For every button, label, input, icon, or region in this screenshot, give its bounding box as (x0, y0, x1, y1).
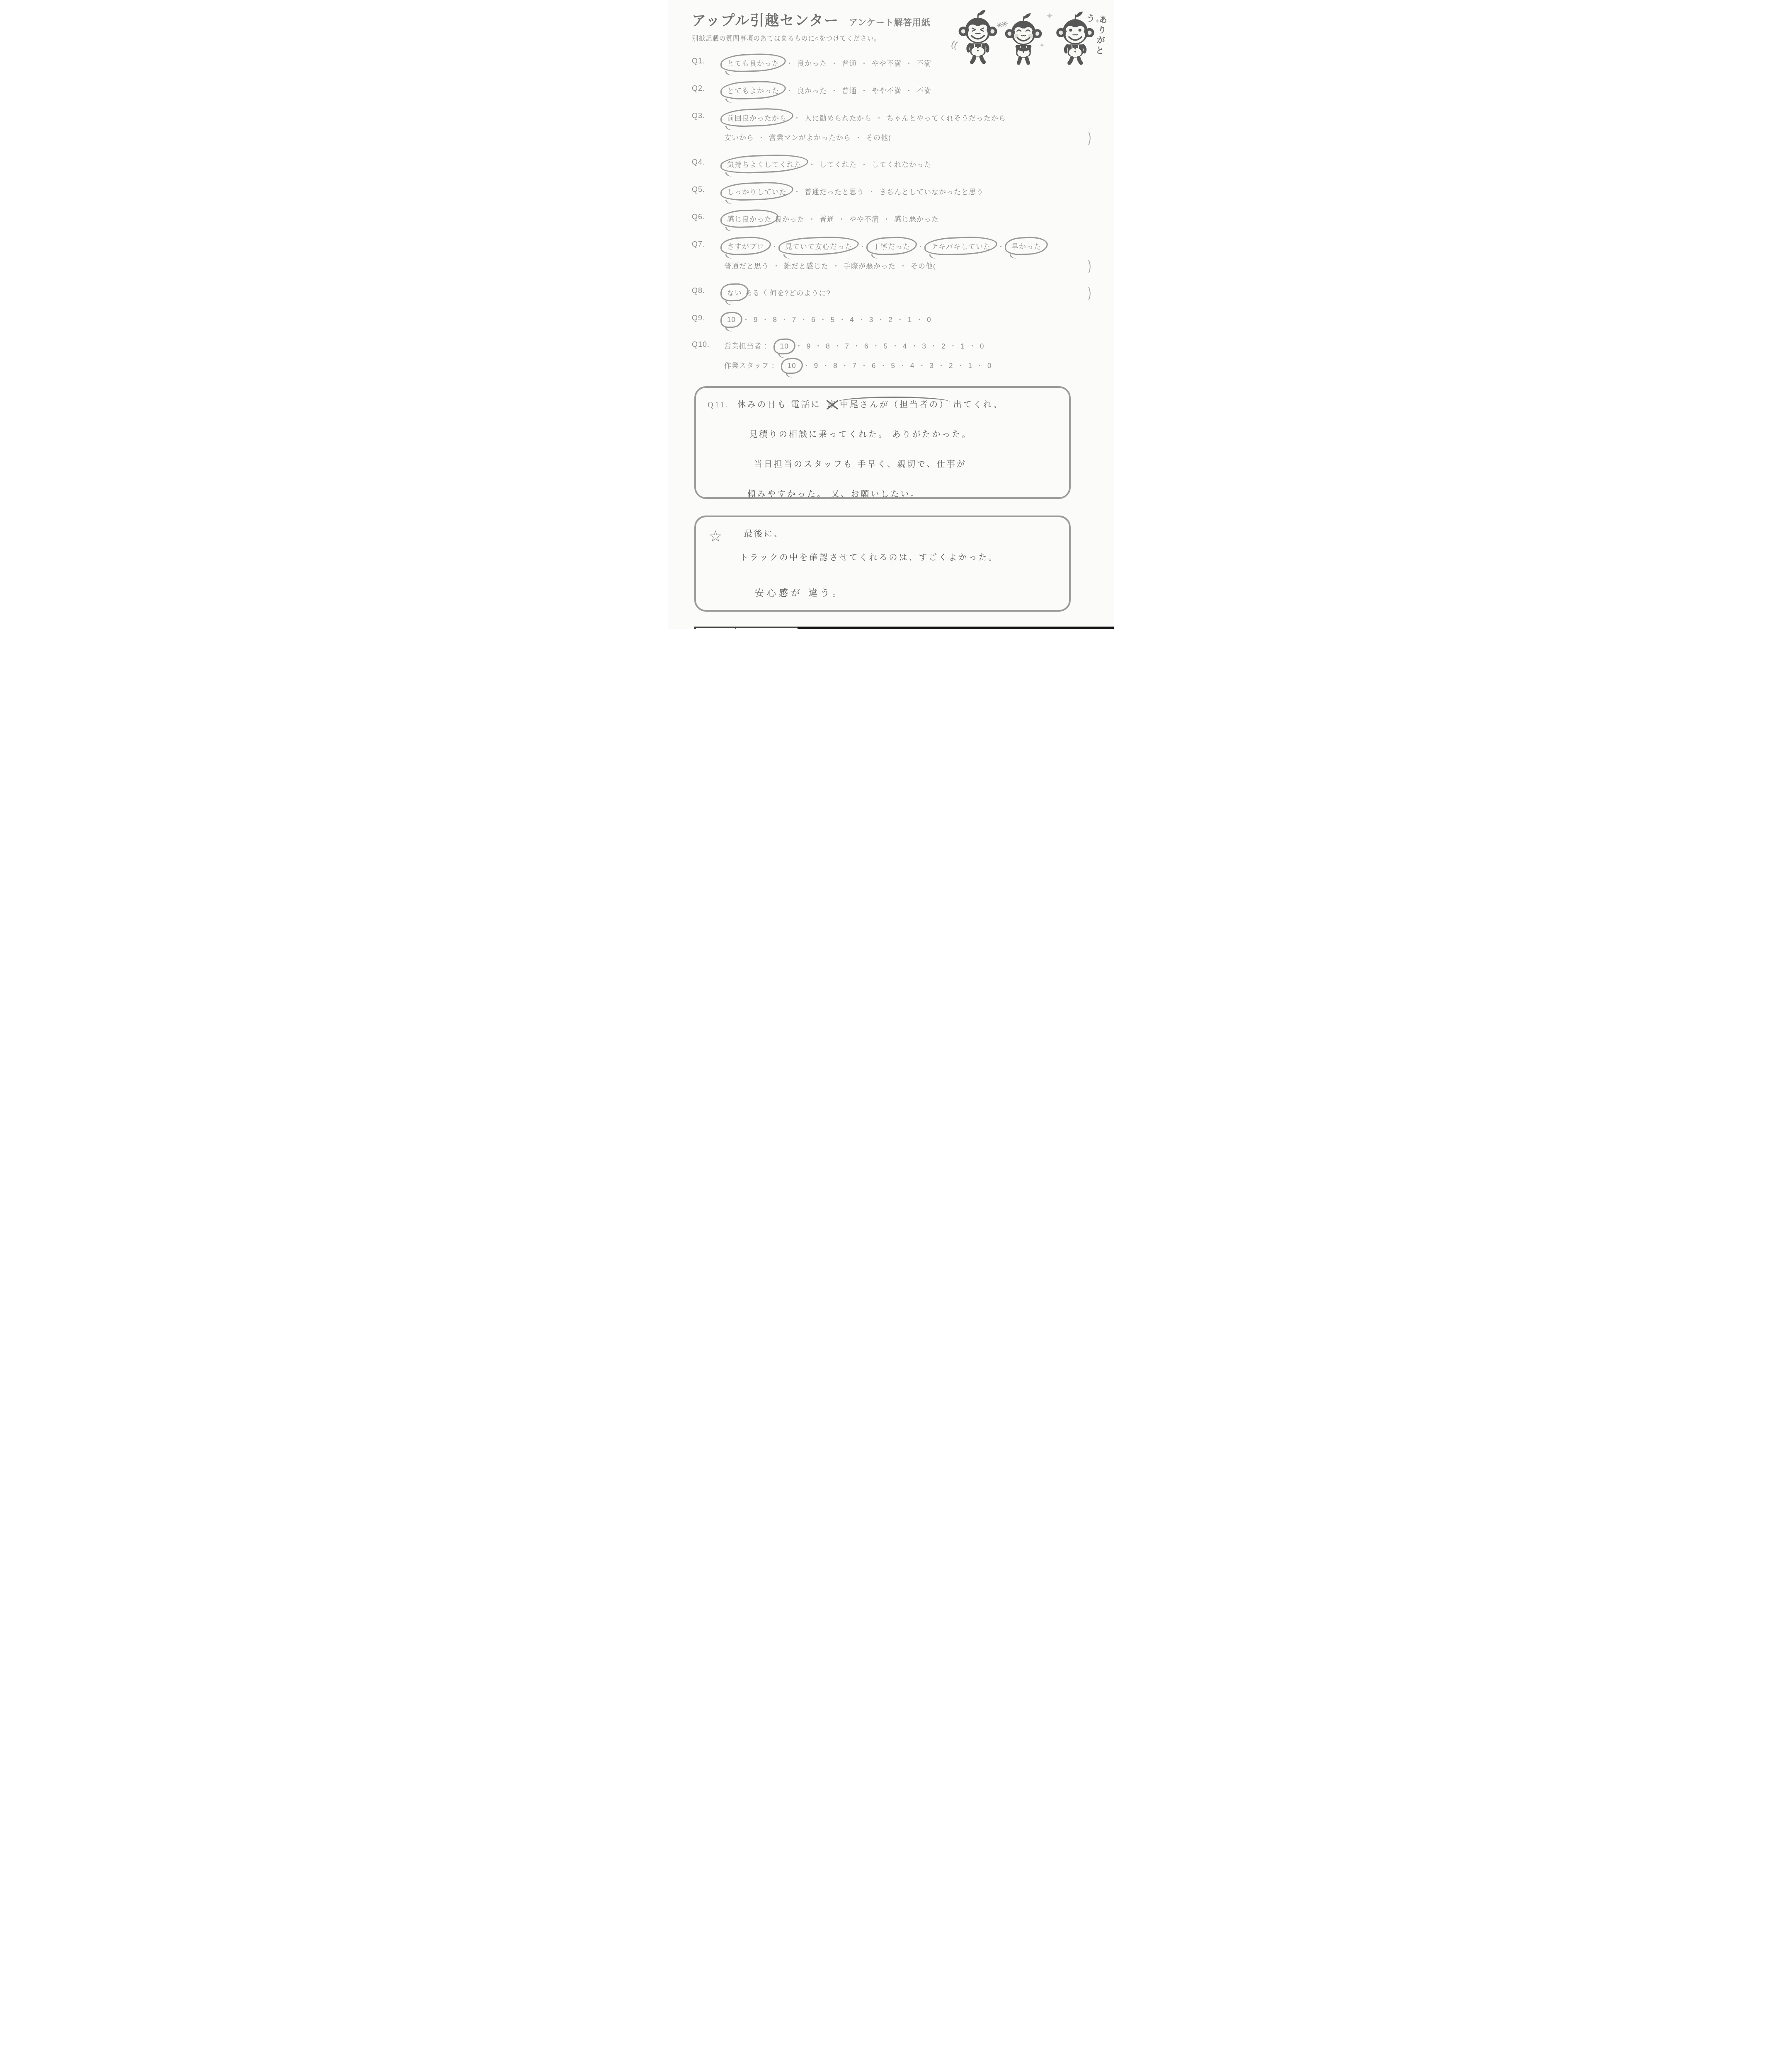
separator-dot: ・ (918, 360, 926, 370)
question-Q8: Q8.ないある（ 何を?どのように?) (692, 286, 1114, 298)
option-circled: 10 (724, 315, 739, 325)
separator-dot: ・ (875, 112, 883, 123)
form-name: アンケート解答用紙 (849, 16, 931, 28)
separator-dot: ・ (916, 314, 923, 324)
separator-dot: ・ (758, 132, 765, 142)
option-label: してくれなかった (872, 159, 931, 169)
option-circled: とても良かった (724, 57, 782, 69)
move-date-label: 引越日 (695, 627, 736, 629)
separator-dot: ・ (815, 340, 822, 351)
option-circled: さすがプロ (724, 240, 767, 252)
separator-dot: ・ (883, 213, 890, 224)
question-label: Q9. (692, 314, 724, 325)
q11-label: Q11. (708, 401, 737, 410)
option-label: その他( (911, 260, 936, 271)
option-label: やや不満 (872, 85, 902, 95)
scribbled-out-text: 取 (827, 400, 837, 409)
separator-dot: ・ (930, 340, 938, 351)
separator-dot: ・ (861, 58, 868, 68)
option-label: やや不満 (849, 213, 879, 224)
separator-dot: ・ (800, 314, 807, 324)
separator-dot: ・ (949, 340, 957, 351)
separator-dot: ・ (803, 360, 810, 370)
option-label: 良かった (797, 58, 827, 68)
separator-dot: ・ (808, 213, 816, 224)
separator-dot: ・ (834, 340, 841, 351)
option-label: ちゃんとやってくれそうだったから (887, 112, 1006, 123)
separator-dot: ・ (976, 360, 984, 370)
separator-dot: ・ (859, 241, 866, 251)
question-rows: 営業担当者 ：10・9・8・7・6・5・4・3・2・1・0作業スタッフ ：10・… (724, 340, 1097, 371)
question-rows: 10・9・8・7・6・5・4・3・2・1・0 (724, 314, 1097, 325)
option-group-prefix: 作業スタッフ ： (724, 360, 779, 370)
option-label: 6 (811, 316, 815, 324)
separator-dot: ・ (773, 260, 780, 271)
star-lines: 最後に、 トラックの中を確認させてくれるのは、すごくよかった。 安心感が 違う。 (744, 527, 1059, 599)
separator-dot: ・ (861, 360, 868, 370)
option-circled: 気持ちよくしてくれた (724, 158, 805, 170)
option-label: 普通だと思う (724, 260, 769, 271)
option-label: 雑だと感じた (784, 260, 829, 271)
option-label: 不満 (916, 58, 931, 68)
option-label: 6 (864, 342, 868, 351)
question-row: さすがプロ・見ていて安心だった・丁寧だった・テキパキしていた・早かった (724, 240, 1097, 252)
question-row: 普通だと思う・雑だと感じた・手際が悪かった・その他() (724, 260, 1097, 271)
question-label: Q1. (692, 57, 724, 69)
option-label: 2 (941, 342, 946, 351)
q11-line-1: Q11. 休みの日も 電話に 取中尾さんが（担当者の） 出てくれ、 (708, 398, 1059, 410)
q11-handwriting: 休みの日も 電話に 取中尾さんが（担当者の） 出てくれ、 (737, 398, 1004, 410)
mascot-monkeys: (( ✳✳ ✦ ✦ ✦ (958, 3, 1103, 65)
question-row: 気持ちよくしてくれた・してくれた・してくれなかった (724, 158, 1097, 170)
option-label: 6 (872, 362, 876, 370)
option-label: 0 (927, 316, 931, 324)
survey-sheet: アップル引越センター アンケート解答用紙 別紙記載の質問事項のあてはまるものに○… (668, 0, 1114, 629)
q11-line-3: 当日担当のスタッフも 手早く、親切で、仕事が (708, 457, 1059, 470)
option-label: 2 (949, 362, 953, 370)
question-Q6: Q6.感じ良かった良かった・普通・やや不満・感じ悪かった (692, 213, 1114, 225)
question-label: Q8. (692, 286, 724, 298)
question-rows: しっかりしていた・普通だったと思う・きちんとしていなかったと思う (724, 185, 1097, 197)
separator-dot: ・ (858, 314, 866, 324)
separator-dot: ・ (832, 260, 840, 271)
option-label: やや不満 (872, 58, 902, 68)
option-circled: 10 (777, 341, 792, 351)
option-label: 5 (831, 316, 835, 324)
star-comment-box: ☆ 最後に、 トラックの中を確認させてくれるのは、すごくよかった。 安心感が 違… (694, 516, 1071, 612)
scan-edge-artifact (798, 627, 1114, 629)
option-label: 普通 (842, 85, 857, 95)
separator-dot: ・ (838, 213, 846, 224)
closing-paren: ) (1088, 130, 1097, 146)
option-label: 人に勧められたから (805, 112, 872, 123)
closing-paren: ) (1088, 258, 1097, 274)
question-label: Q5. (692, 185, 724, 197)
option-label: 4 (850, 316, 854, 324)
option-label: 4 (910, 362, 914, 370)
option-circled: しっかりしていた (724, 185, 790, 197)
question-Q5: Q5.しっかりしていた・普通だったと思う・きちんとしていなかったと思う (692, 185, 1114, 197)
option-label: 0 (980, 342, 984, 351)
option-label: 1 (960, 342, 965, 351)
star-line-1: 最後に、 (744, 527, 1059, 539)
option-circled: 見ていて安心だった (782, 240, 855, 252)
monkey-mascot-icon (958, 9, 998, 64)
option-label: 普通 (819, 213, 834, 224)
separator-dot: ・ (831, 58, 838, 68)
question-rows: とてもよかった・良かった・普通・やや不満・不満 (724, 84, 1097, 96)
option-label: 3 (929, 362, 933, 370)
separator-dot: ・ (892, 340, 899, 351)
star-icon: ☆ (708, 527, 722, 546)
option-circled: 丁寧だった (870, 240, 913, 252)
question-Q7: Q7.さすがプロ・見ていて安心だった・丁寧だった・テキパキしていた・早かった普通… (692, 240, 1114, 271)
q11-line-4: 頼みやすかった。 又、お願いしたい。 (708, 487, 1059, 499)
option-label: 8 (833, 362, 837, 370)
option-label: 7 (792, 316, 796, 324)
separator-dot: ・ (793, 186, 801, 196)
question-Q2: Q2.とてもよかった・良かった・普通・やや不満・不満 (692, 84, 1114, 96)
separator-dot: ・ (742, 314, 750, 324)
separator-dot: ・ (771, 241, 778, 251)
option-label: 7 (845, 342, 849, 351)
q11-emphasized-text: 中尾さんが（担当者の） (840, 400, 949, 409)
option-circled: とてもよかった (724, 84, 782, 96)
separator-dot: ・ (997, 241, 1005, 251)
option-label: してくれた (819, 159, 857, 169)
separator-dot: ・ (873, 340, 880, 351)
separator-dot: ・ (786, 85, 793, 95)
separator-dot: ・ (855, 132, 862, 142)
separator-dot: ・ (761, 314, 769, 324)
question-label: Q3. (692, 111, 724, 143)
company-title: アップル引越センター (692, 9, 839, 29)
option-label: 感じ悪かった (894, 213, 939, 224)
question-row: 前回良かったから・人に勧められたから・ちゃんとやってくれそうだったから (724, 111, 1097, 123)
separator-dot: ・ (839, 314, 846, 324)
question-Q3: Q3.前回良かったから・人に勧められたから・ちゃんとやってくれそうだったから安い… (692, 111, 1114, 143)
separator-dot: ・ (795, 340, 803, 351)
option-label: 3 (869, 316, 873, 324)
option-label: 4 (903, 342, 907, 351)
option-label: 9 (814, 362, 818, 370)
separator-dot: ・ (877, 314, 885, 324)
option-circled: 前回良かったから (724, 111, 790, 123)
option-label: 7 (853, 362, 857, 370)
separator-dot: ・ (786, 58, 793, 68)
question-row: 感じ良かった良かった・普通・やや不満・感じ悪かった (724, 213, 1097, 225)
question-label: Q6. (692, 213, 724, 225)
option-label: 安いから (724, 132, 754, 142)
monkey-mascot-icon (1004, 12, 1043, 65)
separator-dot: ・ (822, 360, 829, 370)
separator-dot: ・ (868, 186, 875, 196)
separator-dot: ・ (899, 260, 907, 271)
q11-comment-box: Q11. 休みの日も 電話に 取中尾さんが（担当者の） 出てくれ、 見積りの相談… (694, 386, 1071, 499)
questions: Q1.とても良かった・良かった・普通・やや不満・不満Q2.とてもよかった・良かっ… (668, 43, 1114, 371)
separator-dot: ・ (841, 360, 849, 370)
option-label: 1 (908, 316, 912, 324)
question-Q10: Q10.営業担当者 ：10・9・8・7・6・5・4・3・2・1・0作業スタッフ … (692, 340, 1114, 371)
star-line-2: トラックの中を確認させてくれるのは、すごくよかった。 (740, 551, 1059, 563)
separator-dot: ・ (917, 241, 924, 251)
option-label: その他( (866, 132, 891, 142)
question-row: とてもよかった・良かった・普通・やや不満・不満 (724, 84, 1097, 96)
question-label: Q2. (692, 84, 724, 96)
option-label: 手際が悪かった (844, 260, 896, 271)
question-label: Q4. (692, 158, 724, 170)
option-label: 9 (754, 316, 758, 324)
option-circled: 10 (785, 361, 799, 371)
option-label: 5 (891, 362, 895, 370)
option-circled: テキパキしていた (928, 240, 994, 252)
option-label: 良かった (797, 85, 827, 95)
option-label: 2 (888, 316, 892, 324)
separator-dot: ・ (969, 340, 976, 351)
option-label: 3 (922, 342, 926, 351)
separator-dot: ・ (880, 360, 887, 370)
question-label: Q10. (692, 340, 724, 371)
question-row: しっかりしていた・普通だったと思う・きちんとしていなかったと思う (724, 185, 1097, 197)
question-rows: ないある（ 何を?どのように?) (724, 286, 1097, 298)
separator-dot: ・ (957, 360, 964, 370)
separator-dot: ・ (899, 360, 907, 370)
question-row: 10・9・8・7・6・5・4・3・2・1・0 (724, 314, 1097, 325)
q11-line-2: 見積りの相談に乗ってくれた。 ありがたかった。 (708, 428, 1059, 440)
question-row: 安いから・営業マンがよかったから・その他() (724, 132, 1097, 143)
separator-dot: ・ (911, 340, 918, 351)
separator-dot: ・ (861, 159, 868, 169)
question-rows: 前回良かったから・人に勧められたから・ちゃんとやってくれそうだったから安いから・… (724, 111, 1097, 143)
question-row: 営業担当者 ：10・9・8・7・6・5・4・3・2・1・0 (724, 340, 1097, 351)
option-label: 普通 (842, 58, 857, 68)
separator-dot: ・ (861, 85, 868, 95)
option-label: きちんとしていなかったと思う (879, 186, 984, 196)
question-rows: 気持ちよくしてくれた・してくれた・してくれなかった (724, 158, 1097, 170)
separator-dot: ・ (819, 314, 827, 324)
option-circled: 感じ良かった (724, 213, 775, 225)
option-label: 9 (807, 342, 811, 351)
option-label: 不満 (916, 85, 931, 95)
option-label: 1 (968, 362, 972, 370)
question-rows: さすがプロ・見ていて安心だった・丁寧だった・テキパキしていた・早かった普通だと思… (724, 240, 1097, 271)
option-label: 0 (987, 362, 992, 370)
separator-dot: ・ (831, 85, 838, 95)
question-row: ないある（ 何を?どのように?) (724, 286, 1097, 298)
separator-dot: ・ (808, 159, 816, 169)
option-label: 8 (773, 316, 777, 324)
option-label: 普通だったと思う (805, 186, 864, 196)
option-label: ある（ 何を?どのように? (745, 287, 831, 298)
question-label: Q7. (692, 240, 724, 271)
option-label: 5 (884, 342, 888, 351)
closing-paren: ) (1088, 285, 1097, 301)
separator-dot: ・ (905, 58, 913, 68)
option-label: 営業マンがよかったから (769, 132, 851, 142)
separator-dot: ・ (897, 314, 904, 324)
option-label: 8 (826, 342, 830, 351)
question-row: 作業スタッフ ：10・9・8・7・6・5・4・3・2・1・0 (724, 360, 1097, 371)
option-circled: ない (724, 286, 745, 298)
option-group-prefix: 営業担当者 ： (724, 340, 771, 351)
star-line-3: 安心感が 違う。 (755, 586, 1059, 599)
question-Q4: Q4.気持ちよくしてくれた・してくれた・してくれなかった (692, 158, 1114, 170)
separator-dot: ・ (938, 360, 945, 370)
question-rows: 感じ良かった良かった・普通・やや不満・感じ悪かった (724, 213, 1097, 225)
separator-dot: ・ (853, 340, 861, 351)
separator-dot: ・ (793, 112, 801, 123)
question-Q9: Q9.10・9・8・7・6・5・4・3・2・1・0 (692, 314, 1114, 325)
separator-dot: ・ (781, 314, 788, 324)
option-circled: 早かった (1009, 240, 1044, 252)
option-label: 良かった (775, 213, 805, 224)
separator-dot: ・ (905, 85, 913, 95)
sparkle-icon: ✦ (1046, 11, 1053, 22)
